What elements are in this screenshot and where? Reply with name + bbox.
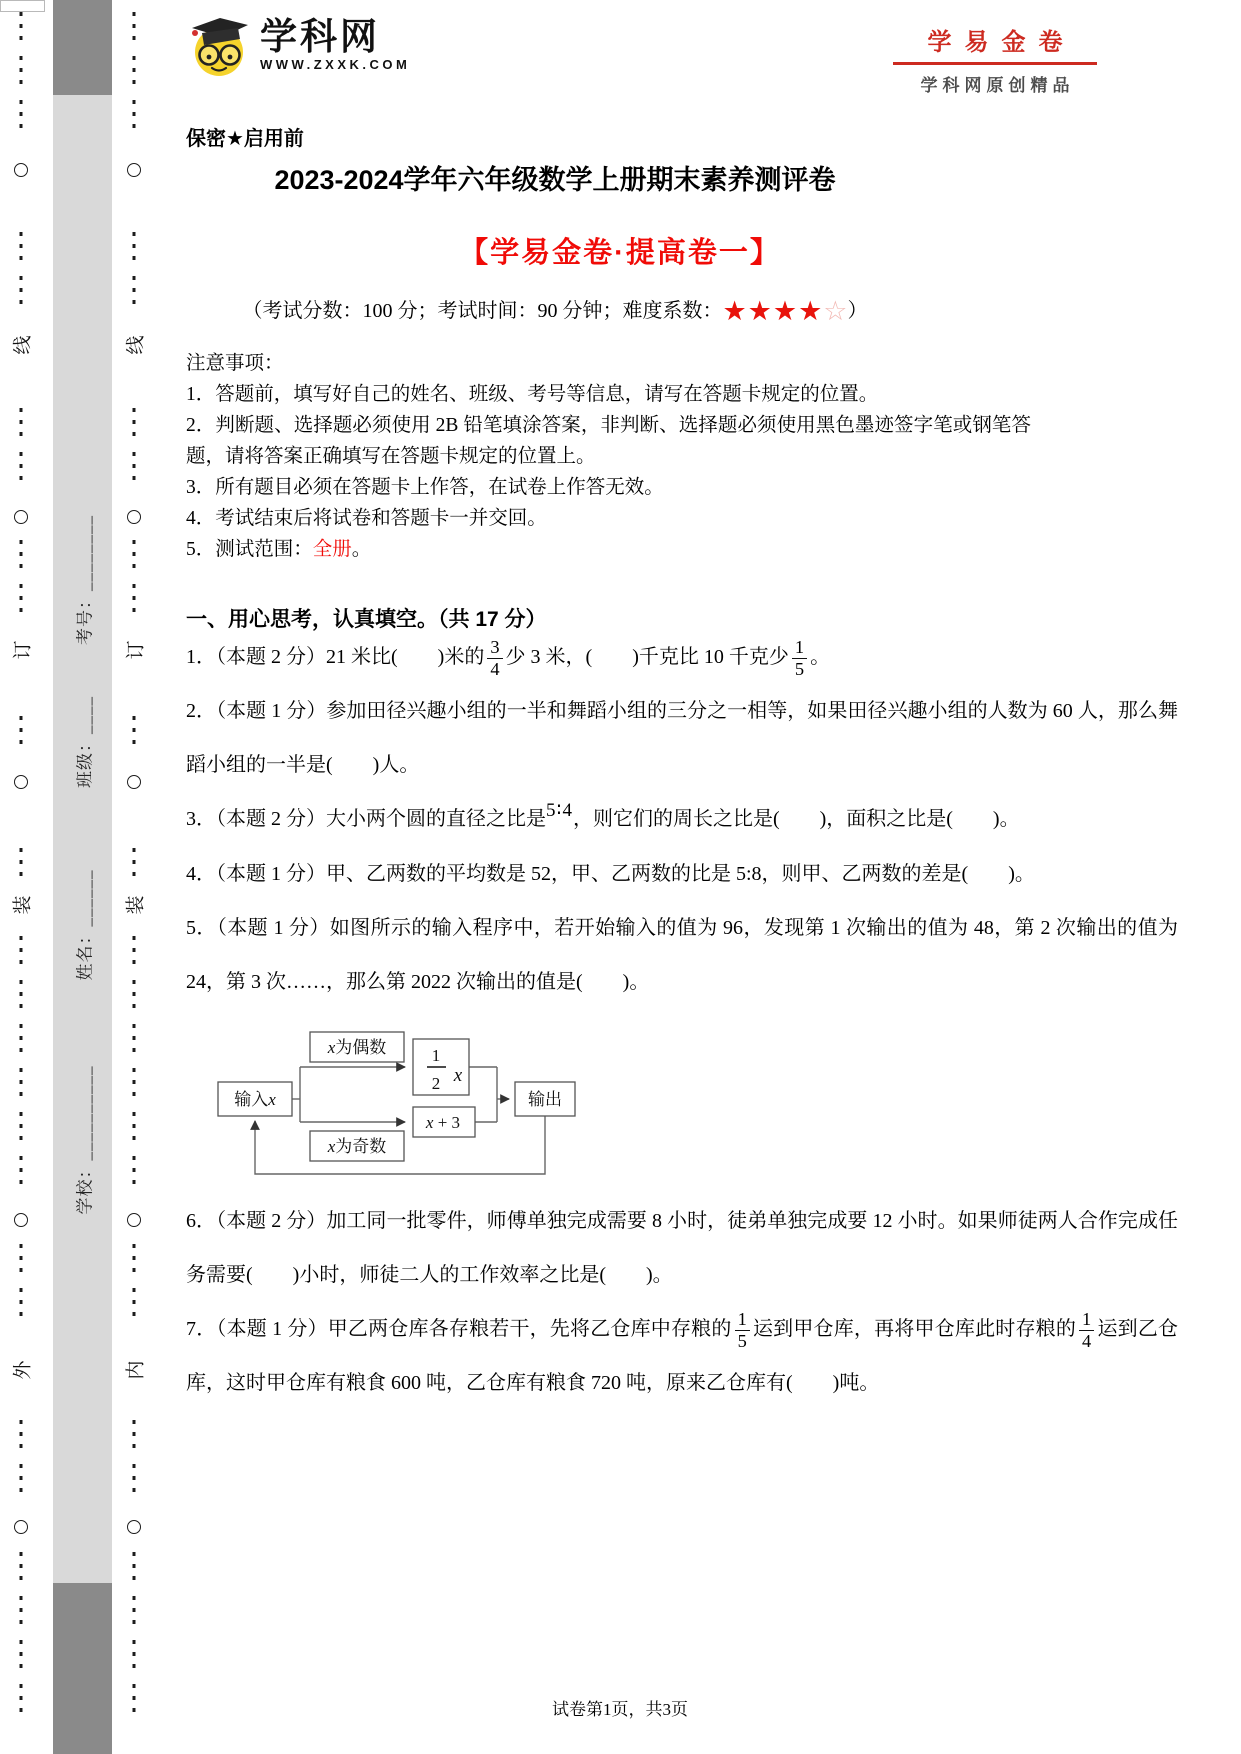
secrecy-notice: 保密★启用前 bbox=[186, 122, 304, 151]
notice-heading: 注意事项： bbox=[186, 348, 1031, 379]
binding-circle-mark bbox=[14, 775, 28, 789]
binding-circle-mark bbox=[127, 1213, 141, 1227]
binding-circle-mark bbox=[14, 510, 28, 524]
name-field: 姓名：______ bbox=[70, 870, 95, 981]
fraction: 15 bbox=[792, 637, 807, 679]
binding-circle-mark bbox=[14, 1213, 28, 1227]
binding-dot-group bbox=[133, 1420, 136, 1454]
binding-dot-group bbox=[20, 1420, 23, 1454]
binding-dot-group bbox=[133, 716, 136, 750]
svg-text:x为奇数: x为奇数 bbox=[327, 1137, 387, 1156]
notice-item: 4．考试结束后将试卷和答题卡一并交回。 bbox=[186, 503, 1031, 534]
binding-dot-group bbox=[20, 716, 23, 750]
binding-dotted-line-inner: 线订装内 bbox=[122, 0, 146, 1754]
badge-title: 学易金卷 bbox=[893, 22, 1097, 57]
binding-dot-group bbox=[133, 452, 136, 486]
binding-char-装: 装 bbox=[121, 895, 148, 914]
paper-subtitle: 【学易金卷·提高卷一】 bbox=[185, 230, 1055, 271]
binding-dot-group bbox=[20, 1156, 23, 1190]
question-2: 2．（本题 1 分）参加田径兴趣小组的一半和舞蹈小组的三分之一相等，如果田径兴趣… bbox=[186, 684, 1178, 792]
binding-circle-mark bbox=[127, 510, 141, 524]
difficulty-stars-filled: ★★★★ bbox=[722, 296, 823, 326]
logo-brand-text: 学科网 bbox=[260, 18, 410, 57]
zxxk-logo: 学科网 WWW.ZXXK.COM bbox=[188, 12, 410, 78]
question-3: 3．（本题 2 分）大小两个圆的直径之比是5∶4，则它们的周长之比是( )，面积… bbox=[186, 792, 1178, 847]
binding-dot-group bbox=[133, 1112, 136, 1146]
binding-strip: 考号：________ 班级：____ 姓名：______ 学校：_______… bbox=[53, 0, 112, 1754]
binding-char-订: 订 bbox=[121, 640, 148, 659]
binding-dot-group bbox=[133, 584, 136, 618]
binding-strip-dark-top bbox=[53, 0, 112, 95]
binding-dot-group bbox=[133, 1596, 136, 1630]
binding-circle-mark bbox=[127, 163, 141, 177]
binding-char-外: 外 bbox=[8, 1360, 35, 1379]
svg-text:输出: 输出 bbox=[528, 1090, 562, 1109]
binding-dot-group bbox=[133, 1024, 136, 1058]
fraction: 15 bbox=[735, 1309, 750, 1351]
gold-volume-badge: 学易金卷 学科网原创精品 bbox=[893, 22, 1097, 96]
question-4: 4．（本题 1 分）甲、乙两数的平均数是 52，甲、乙两数的比是 5:8，则甲、… bbox=[186, 847, 1178, 901]
binding-dot-group bbox=[20, 540, 23, 574]
binding-dot-group bbox=[20, 452, 23, 486]
fraction: 34 bbox=[487, 637, 502, 679]
exam-info-suffix: ） bbox=[848, 300, 868, 322]
question-6: 6．（本题 2 分）加工同一批零件，师傅单独完成需要 8 小时，徒弟单独完成要 … bbox=[186, 1194, 1178, 1302]
binding-dot-group bbox=[20, 276, 23, 310]
binding-char-内: 内 bbox=[121, 1360, 148, 1379]
binding-dot-group bbox=[20, 936, 23, 970]
highlighted-text: 全册 bbox=[313, 539, 352, 560]
notice-item: 2．判断题、选择题必须使用 2B 铅笔填涂答案，非判断、选择题必须使用黑色墨迹签… bbox=[186, 410, 1031, 472]
school-field: 学校：__________ bbox=[70, 1066, 95, 1215]
binding-char-装: 装 bbox=[8, 895, 35, 914]
q5-flowchart: 输入x x为偶数 1 2 x x + 3 x为奇数 输出 bbox=[200, 1019, 600, 1194]
svg-text:x为偶数: x为偶数 bbox=[327, 1038, 387, 1057]
scan-corner-artifact bbox=[0, 0, 45, 12]
binding-dot-group bbox=[133, 56, 136, 90]
binding-dot-group bbox=[133, 12, 136, 46]
question-list: 1．（本题 2 分）21 米比( )米的34少 3 米，( )千克比 10 千克… bbox=[186, 630, 1178, 1410]
binding-circle-mark bbox=[127, 775, 141, 789]
difficulty-star-empty: ☆ bbox=[823, 296, 847, 326]
binding-dot-group bbox=[20, 1596, 23, 1630]
exam-number-field: 考号：________ bbox=[70, 515, 95, 645]
raised-ratio: 5∶4 bbox=[546, 800, 573, 821]
binding-dot-group bbox=[20, 980, 23, 1014]
page-footer: 试卷第1页，共3页 bbox=[185, 1695, 1055, 1720]
binding-dot-group bbox=[133, 100, 136, 134]
question-1: 1．（本题 2 分）21 米比( )米的34少 3 米，( )千克比 10 千克… bbox=[186, 630, 1178, 684]
binding-dot-group bbox=[133, 1156, 136, 1190]
binding-dot-group bbox=[133, 1068, 136, 1102]
binding-char-线: 线 bbox=[121, 335, 148, 354]
notice-item: 5．测试范围：全册。 bbox=[186, 534, 1031, 565]
binding-dot-group bbox=[20, 584, 23, 618]
binding-dot-group bbox=[20, 56, 23, 90]
svg-text:1: 1 bbox=[432, 1046, 441, 1065]
binding-dot-group bbox=[133, 1684, 136, 1718]
binding-dotted-line-outer: 线订装外 bbox=[9, 0, 33, 1754]
binding-dot-group bbox=[20, 408, 23, 442]
binding-dot-group bbox=[133, 276, 136, 310]
binding-circle-mark bbox=[14, 163, 28, 177]
binding-dot-group bbox=[20, 848, 23, 882]
fraction: 14 bbox=[1079, 1309, 1094, 1351]
binding-dot-group bbox=[20, 1640, 23, 1674]
binding-circle-mark bbox=[127, 1520, 141, 1534]
binding-dot-group bbox=[20, 12, 23, 46]
binding-dot-group bbox=[133, 980, 136, 1014]
binding-dot-group bbox=[20, 1464, 23, 1498]
binding-dot-group bbox=[133, 408, 136, 442]
binding-dot-group bbox=[20, 1288, 23, 1322]
binding-dot-group bbox=[20, 1684, 23, 1718]
logo-site-url: WWW.ZXXK.COM bbox=[260, 57, 410, 72]
binding-dot-group bbox=[20, 232, 23, 266]
binding-dot-group bbox=[133, 848, 136, 882]
binding-dot-group bbox=[20, 1068, 23, 1102]
notice-item: 3．所有题目必须在答题卡上作答，在试卷上作答无效。 bbox=[186, 472, 1031, 503]
svg-text:输入x: 输入x bbox=[234, 1090, 276, 1109]
binding-dot-group bbox=[20, 1552, 23, 1586]
binding-dot-group bbox=[20, 1024, 23, 1058]
question-5: 5．（本题 1 分）如图所示的输入程序中，若开始输入的值为 96，发现第 1 次… bbox=[186, 901, 1178, 1009]
svg-text:x + 3: x + 3 bbox=[425, 1113, 460, 1132]
badge-divider bbox=[893, 62, 1097, 65]
page-title: 2023-2024学年六年级数学上册期末素养测评卷 bbox=[185, 158, 925, 197]
binding-dot-group bbox=[133, 232, 136, 266]
binding-dot-group bbox=[133, 1244, 136, 1278]
binding-dot-group bbox=[133, 1640, 136, 1674]
binding-dot-group bbox=[133, 936, 136, 970]
notice-section: 注意事项： 1．答题前，填写好自己的姓名、班级、考号等信息，请写在答题卡规定的位… bbox=[186, 348, 1031, 565]
binding-circle-mark bbox=[14, 1520, 28, 1534]
exam-info-prefix: （考试分数：100 分；考试时间：90 分钟；难度系数： bbox=[242, 300, 722, 322]
svg-text:x: x bbox=[453, 1065, 463, 1086]
notice-item: 1．答题前，填写好自己的姓名、班级、考号等信息，请写在答题卡规定的位置。 bbox=[186, 379, 1031, 410]
svg-text:2: 2 bbox=[432, 1074, 441, 1093]
class-field: 班级：____ bbox=[70, 696, 95, 788]
binding-dot-group bbox=[133, 540, 136, 574]
binding-dot-group bbox=[20, 1244, 23, 1278]
binding-dot-group bbox=[20, 100, 23, 134]
binding-dot-group bbox=[133, 1552, 136, 1586]
exam-paper-page: 考号：________ 班级：____ 姓名：______ 学校：_______… bbox=[0, 0, 1241, 1754]
binding-dot-group bbox=[133, 1464, 136, 1498]
badge-subtitle: 学科网原创精品 bbox=[893, 71, 1097, 96]
question-7: 7．（本题 1 分）甲乙两仓库各存粮若干，先将乙仓库中存粮的15运到甲仓库，再将… bbox=[186, 1302, 1178, 1410]
binding-dot-group bbox=[20, 1112, 23, 1146]
exam-info-line: （考试分数：100 分；考试时间：90 分钟；难度系数：★★★★☆） bbox=[185, 294, 925, 327]
binding-dot-group bbox=[133, 1288, 136, 1322]
binding-char-线: 线 bbox=[8, 335, 35, 354]
binding-char-订: 订 bbox=[8, 640, 35, 659]
zxxk-mascot-icon bbox=[188, 12, 252, 78]
section-1-heading: 一、用心思考，认真填空。（共 17 分） bbox=[186, 603, 547, 633]
binding-strip-dark-bottom bbox=[53, 1583, 112, 1754]
